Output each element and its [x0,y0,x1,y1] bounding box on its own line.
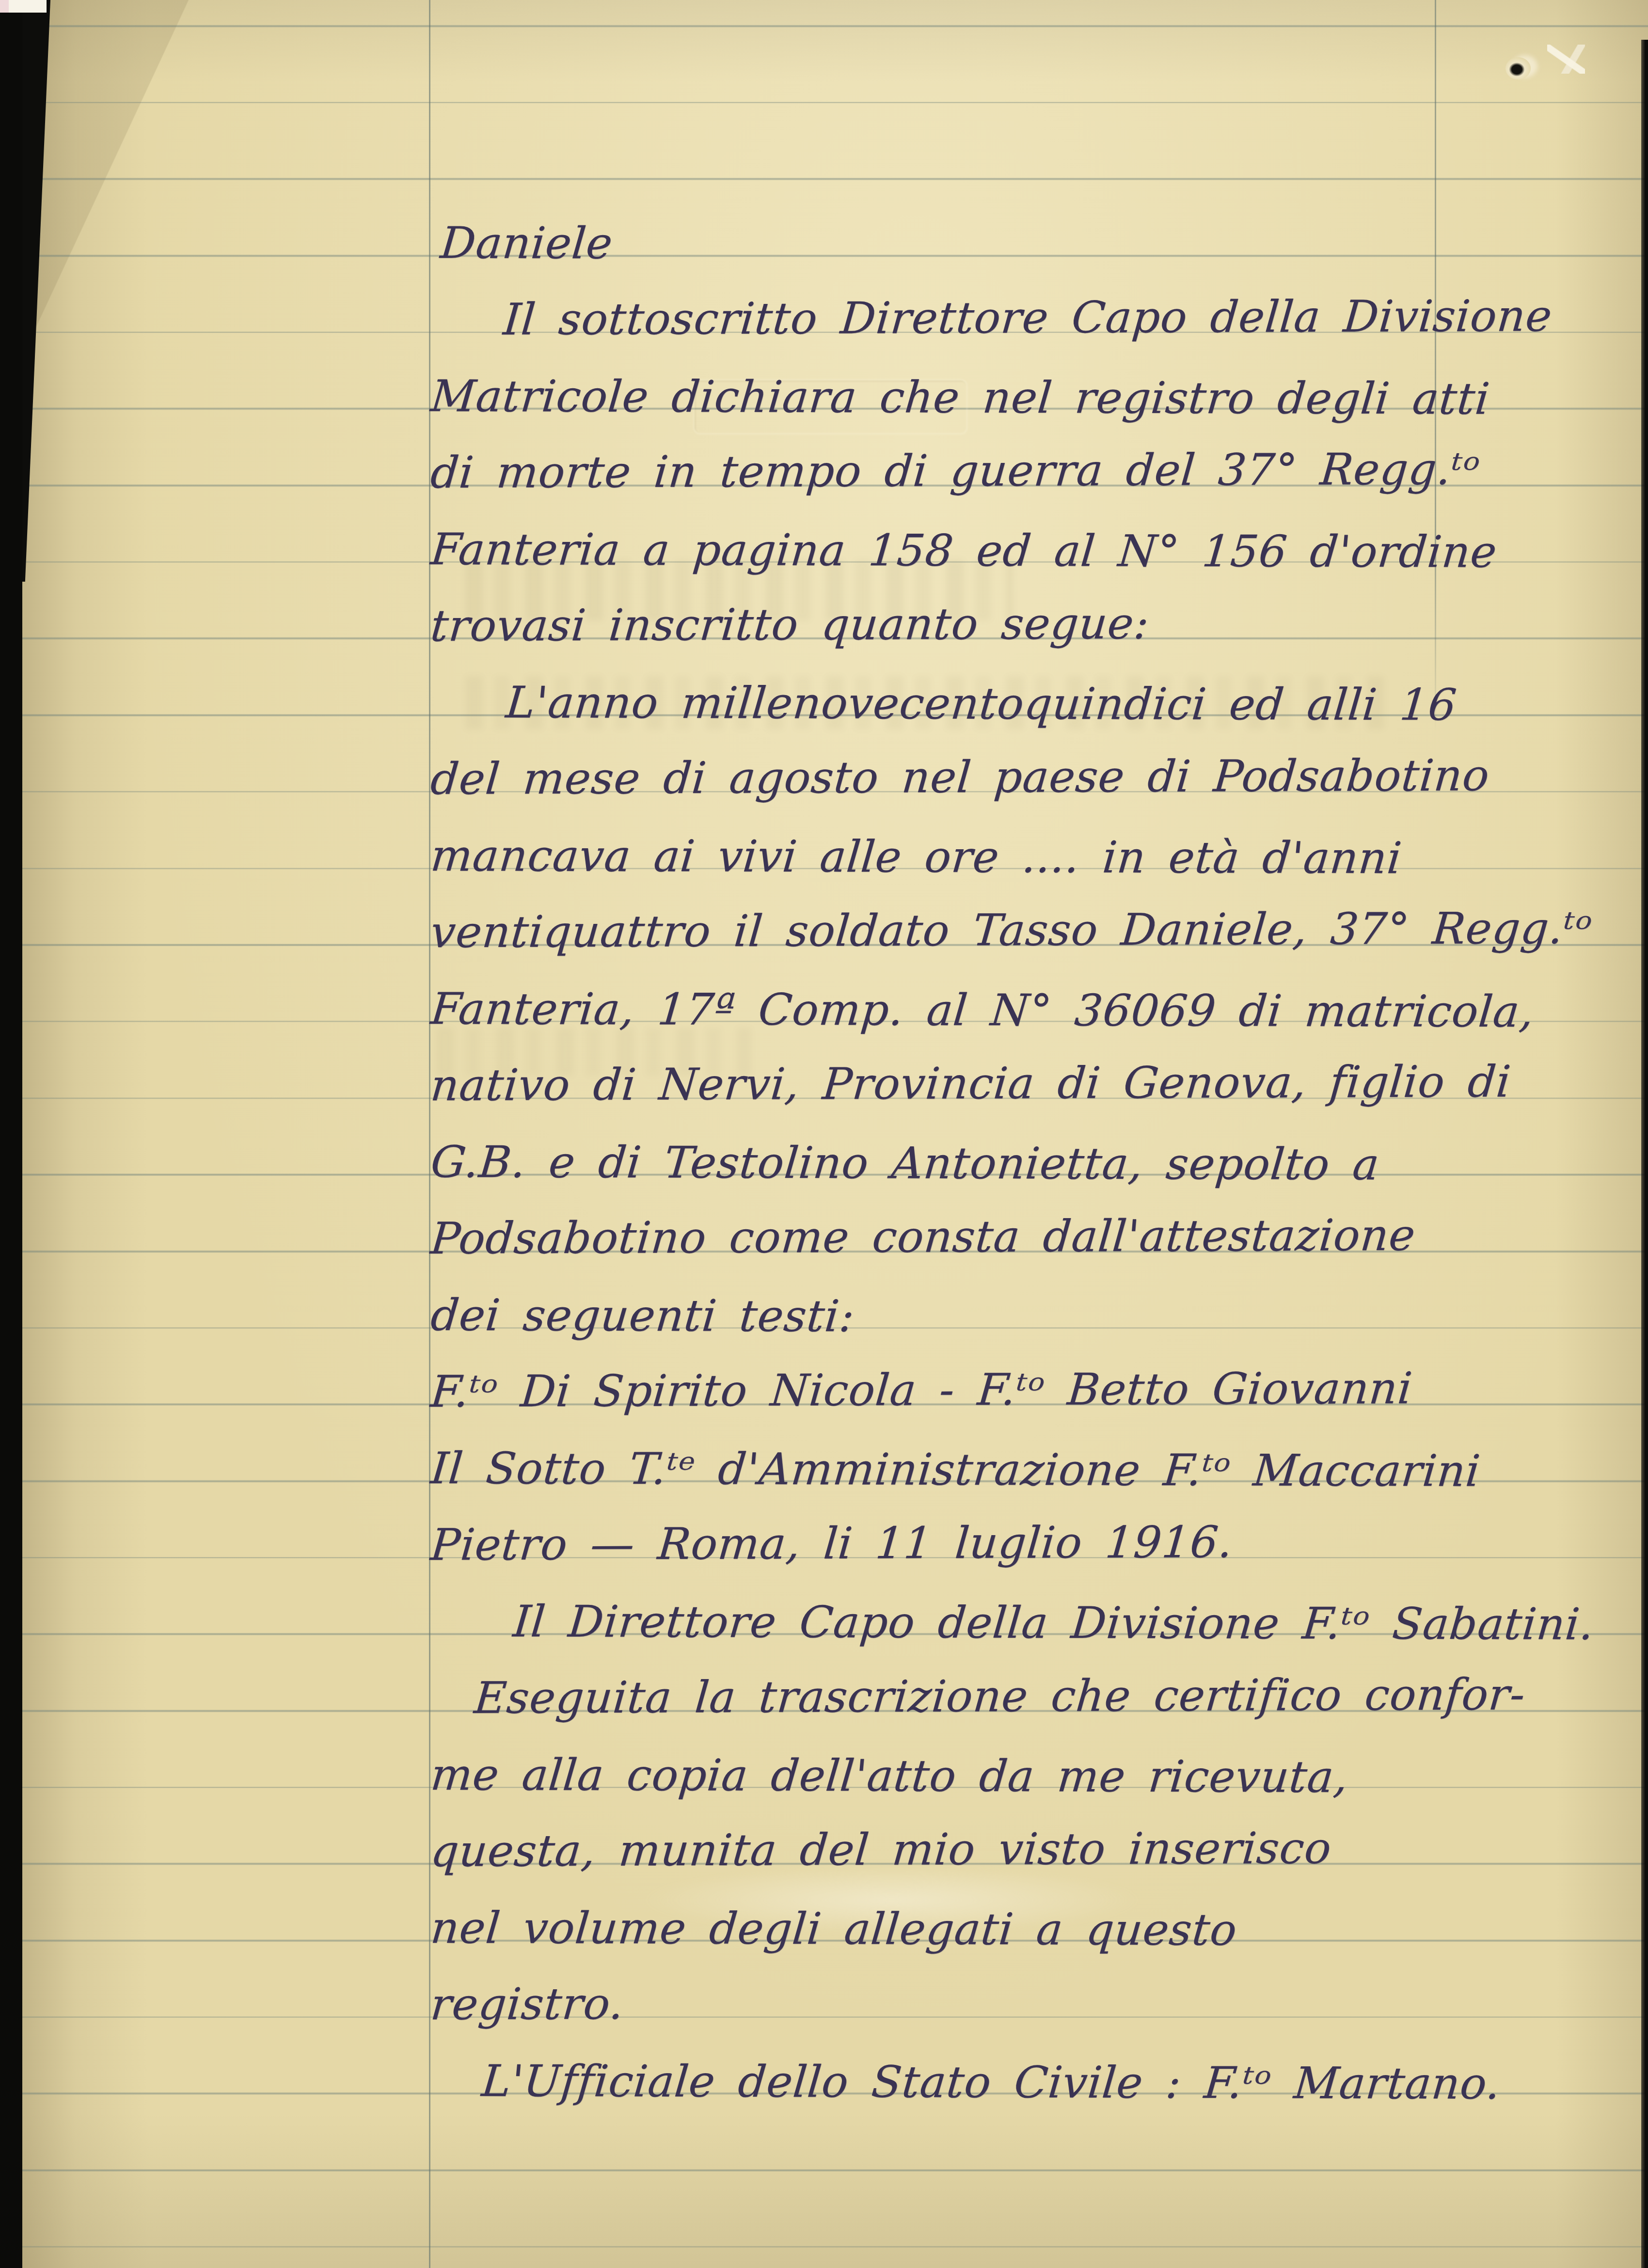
handwritten-line: Il Sotto T.ᵗᵉ d'Amministrazione F.ᵗᵒ Mac… [429,1446,1482,1494]
handwritten-line: nel volume degli allegati a questo [429,1906,1239,1952]
paper-tear [1547,45,1585,74]
handwritten-line: Fanteria, 17ª Comp. al N° 36069 di matri… [429,987,1536,1034]
handwritten-line: del mese di agosto nel paese di Podsabot… [429,753,1491,802]
handwritten-line: Fanteria a pagina 158 ed al N° 156 d'ord… [429,527,1499,575]
handwritten-line: Podsabotino come consta dall'attestazion… [429,1213,1417,1261]
scan-black-edge-right [1641,40,1648,2268]
handwritten-line: Daniele [439,221,615,266]
handwritten-line: G.B. e di Testolino Antonietta, sepolto … [429,1140,1381,1187]
handwritten-line: F.ᵗᵒ Di Spirito Nicola - F.ᵗᵒ Betto Giov… [429,1366,1414,1414]
left-margin-rule [429,0,430,2268]
scanned-manuscript-page: { "page": { "lines": [ {"text": "Daniele… [0,0,1648,2268]
handwritten-line: dei seguenti testi: [429,1293,856,1339]
handwritten-line: nativo di Nervi, Provincia di Genova, fi… [429,1060,1513,1108]
handwritten-line: me alla copia dell'atto da me ricevuta, [429,1753,1350,1800]
handwritten-line: mancava ai vivi alle ore .... in età d'a… [429,834,1404,881]
handwritten-line: trovasi inscritto quanto segue: [429,602,1151,649]
handwritten-line: L'Ufficiale dello Stato Civile : F.ᵗᵒ Ma… [480,2059,1503,2107]
handwritten-line: Matricole dichiara che nel registro degl… [429,374,1491,422]
handwritten-line: questa, munita del mio visto inserisco [429,1826,1333,1874]
handwritten-line: Eseguita la trascrizione che certifico c… [473,1672,1527,1721]
right-margin-rule [1435,0,1436,732]
handwritten-line: L'anno millenovecentoquindici ed alli 16 [504,681,1458,728]
paper-hole [1505,57,1531,79]
handwritten-line: Il sottoscritto Direttore Capo della Div… [502,294,1554,342]
handwritten-line: Il Direttore Capo della Divisione F.ᵗᵒ S… [511,1600,1596,1647]
handwritten-line: registro. [429,1982,626,2027]
handwritten-line: ventiquattro il soldato Tasso Daniele, 3… [429,906,1594,955]
handwritten-line: di morte in tempo di guerra del 37° Regg… [429,447,1482,495]
scan-edge-sliver [0,0,47,13]
handwritten-line: Pietro — Roma, li 11 luglio 1916. [429,1520,1235,1568]
